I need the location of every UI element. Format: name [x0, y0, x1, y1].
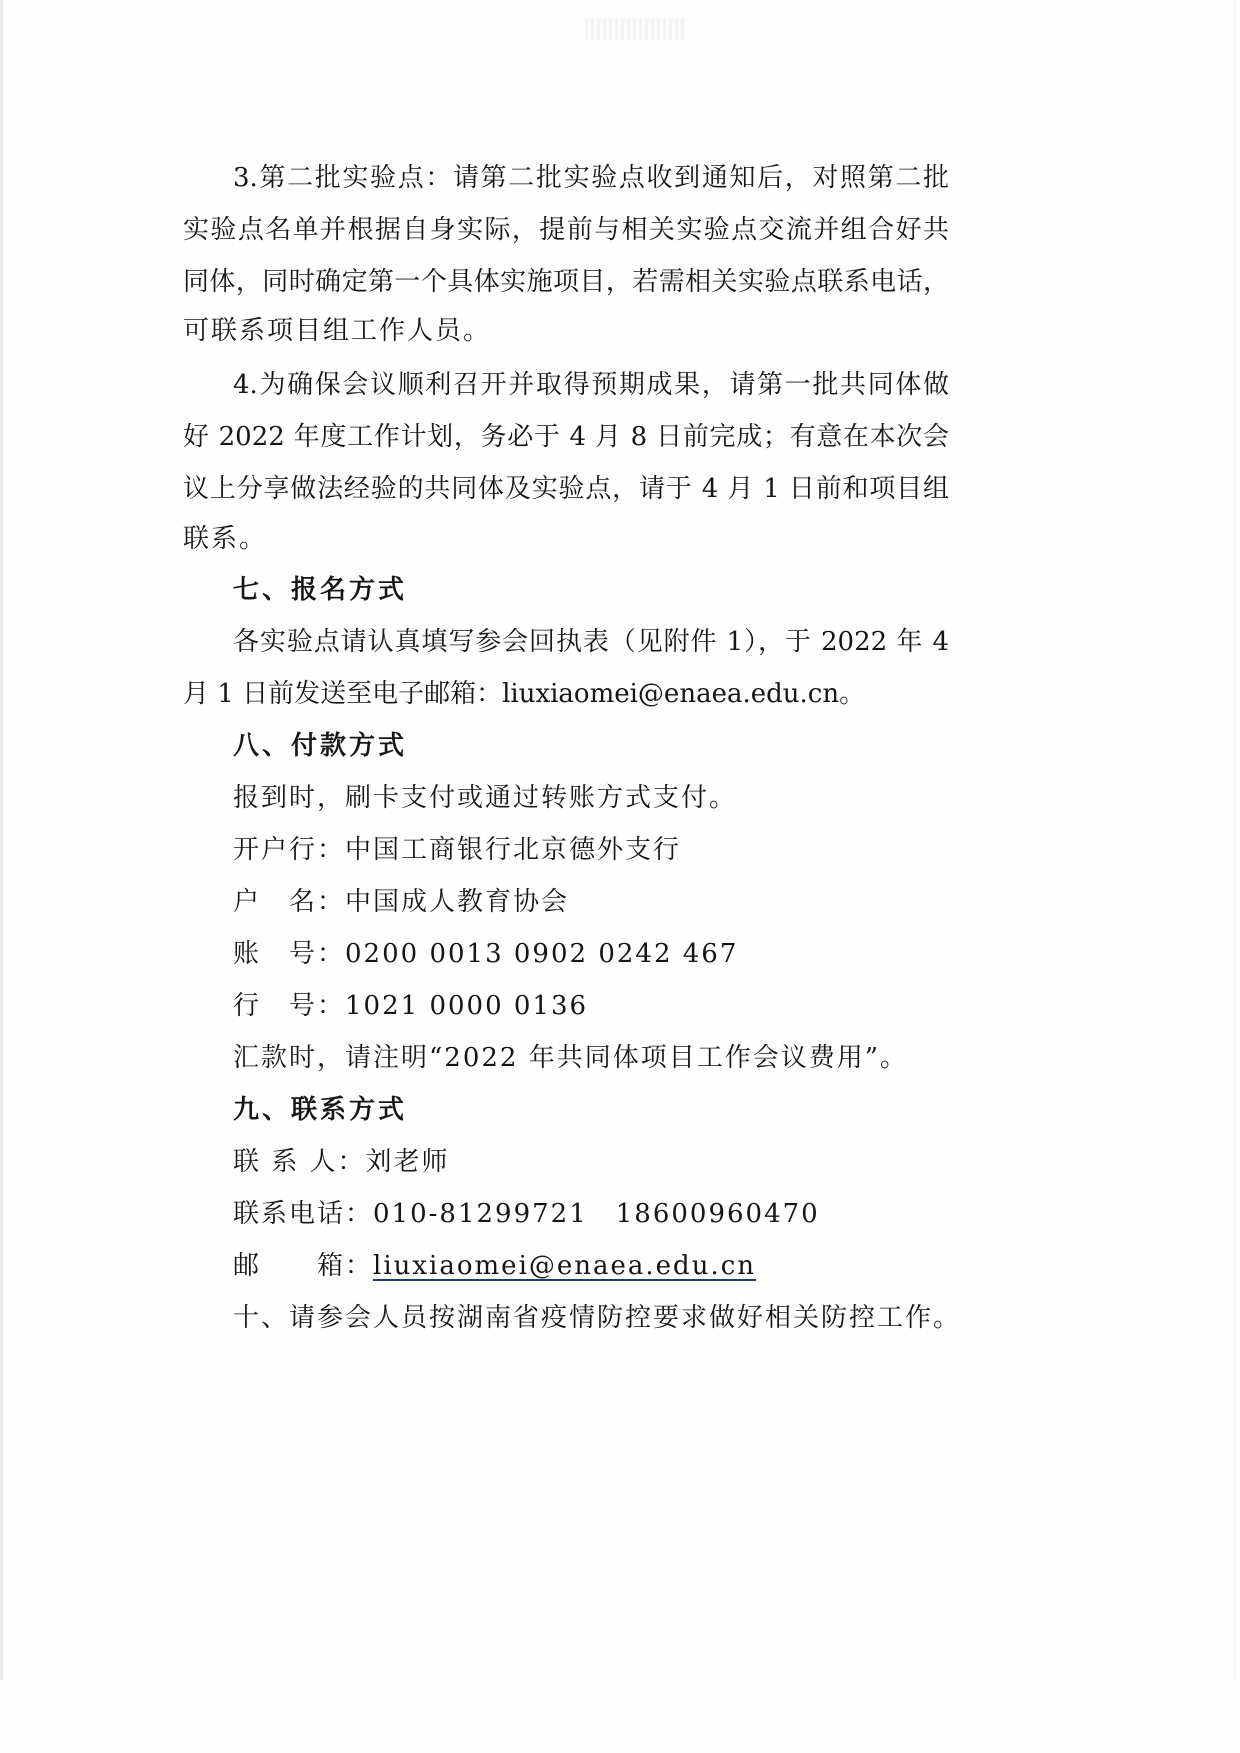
- account-number-value: 0200 0013 0902 0242 467: [345, 939, 738, 969]
- contact-phone-value: 010-81299721 18600960470: [373, 1199, 820, 1229]
- contact-phone-label: 联系电话：: [233, 1199, 373, 1229]
- contact-email-label: 邮 箱：: [233, 1251, 373, 1281]
- account-name-value: 中国成人教育协会: [345, 887, 569, 917]
- account-name-label: 户 名：: [233, 887, 345, 917]
- bank-number-label: 行 号：: [233, 991, 345, 1021]
- contact-person-label: 联 系 人：: [233, 1147, 366, 1177]
- contact-email-row: 邮 箱：liuxiaomei@enaea.edu.cn: [233, 1249, 756, 1283]
- account-number-label: 账 号：: [233, 939, 345, 969]
- section-7-line-1: 各实验点请认真填写参会回执表（见附件 1），于 2022 年 4: [233, 625, 949, 659]
- contact-phone-row: 联系电话：010-81299721 18600960470: [233, 1197, 820, 1231]
- remittance-remark: 汇款时，请注明“2022 年共同体项目工作会议费用”。: [233, 1041, 908, 1075]
- section-7-line-2: 月 1 日前发送至电子邮箱：liuxiaomei@enaea.edu.cn。: [183, 677, 865, 711]
- paragraph-4-line-4: 联系。: [183, 522, 267, 556]
- faint-page-mark: [585, 18, 685, 40]
- payment-intro: 报到时，刷卡支付或通过转账方式支付。: [233, 781, 737, 815]
- paragraph-3-line-4: 可联系项目组工作人员。: [183, 314, 491, 348]
- section-7-heading: 七、报名方式: [233, 573, 407, 607]
- bank-number-row: 行 号：1021 0000 0136: [233, 989, 588, 1023]
- bank-row: 开户行：中国工商银行北京德外支行: [233, 833, 681, 867]
- bank-label: 开户行：: [233, 835, 345, 865]
- paragraph-3-line-2: 实验点名单并根据自身实际，提前与相关实验点交流并组合好共: [183, 213, 949, 247]
- scan-edge-left: [0, 0, 3, 1680]
- paragraph-4-line-3: 议上分享做法经验的共同体及实验点，请于 4 月 1 日前和项目组: [183, 472, 949, 506]
- account-name-row: 户 名：中国成人教育协会: [233, 885, 569, 919]
- contact-person-row: 联 系 人：刘老师: [233, 1145, 450, 1179]
- bank-value: 中国工商银行北京德外支行: [345, 835, 681, 865]
- section-9-heading: 九、联系方式: [233, 1093, 407, 1127]
- paragraph-3-line-1: 3.第二批实验点：请第二批实验点收到通知后，对照第二批: [233, 161, 949, 195]
- account-number-row: 账 号：0200 0013 0902 0242 467: [233, 937, 738, 971]
- paragraph-4-line-1: 4.为确保会议顺利召开并取得预期成果，请第一批共同体做: [233, 368, 949, 402]
- scan-edge-right: [1234, 0, 1236, 1680]
- document-page: 3.第二批实验点：请第二批实验点收到通知后，对照第二批 实验点名单并根据自身实际…: [0, 0, 1240, 1753]
- bank-number-value: 1021 0000 0136: [345, 991, 588, 1021]
- section-8-heading: 八、付款方式: [233, 729, 407, 763]
- contact-email-link[interactable]: liuxiaomei@enaea.edu.cn: [373, 1251, 756, 1281]
- contact-person-value: 刘老师: [366, 1147, 450, 1177]
- paragraph-4-line-2: 好 2022 年度工作计划，务必于 4 月 8 日前完成；有意在本次会: [183, 420, 949, 454]
- section-10-text: 十、请参会人员按湖南省疫情防控要求做好相关防控工作。: [233, 1301, 961, 1335]
- paragraph-3-line-3: 同体，同时确定第一个具体实施项目，若需相关实验点联系电话，: [183, 265, 949, 299]
